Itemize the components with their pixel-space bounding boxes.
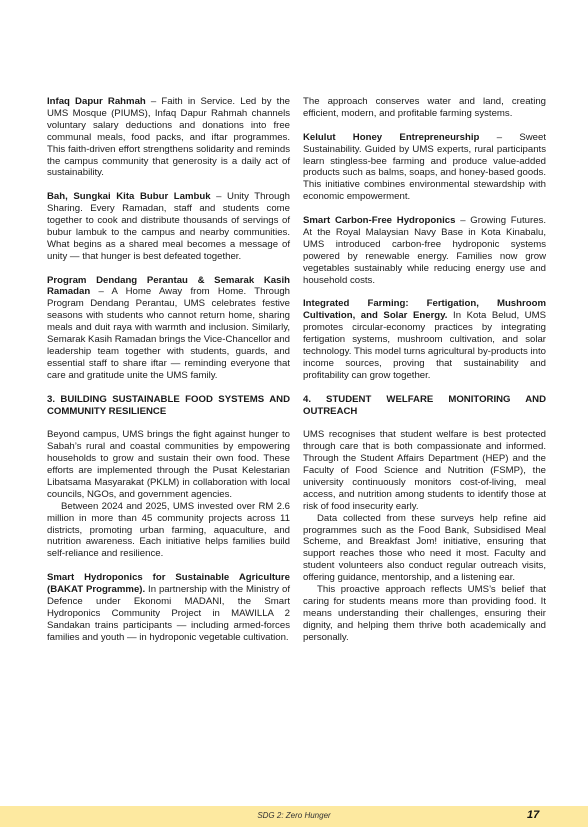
bakat-paragraph: Smart Hydroponics for Sustainable Agricu…	[47, 572, 290, 643]
section-4-paragraph-3: This proactive approach reflects UMS’s b…	[303, 584, 546, 644]
infaq-title: Infaq Dapur Rahmah	[47, 96, 146, 107]
approach-paragraph: The approach conserves water and land, c…	[303, 96, 546, 120]
footer-title: SDG 2: Zero Hunger	[0, 811, 588, 820]
infaq-dapur-rahmah-paragraph: Infaq Dapur Rahmah – Faith in Service. L…	[47, 96, 290, 179]
bubur-title: Bah, Sungkai Kita Bubur Lambuk	[47, 191, 211, 202]
section-3-paragraph-2: Between 2024 and 2025, UMS invested over…	[47, 501, 290, 561]
section-4-paragraph-1: UMS recognises that student welfare is b…	[303, 429, 546, 512]
dendang-perantau-paragraph: Program Dendang Perantau & Semarak Kasih…	[47, 275, 290, 382]
kelulut-title: Kelulut Honey Entrepreneurship	[303, 132, 479, 143]
right-column: The approach conserves water and land, c…	[303, 96, 546, 644]
bubur-lambuk-paragraph: Bah, Sungkai Kita Bubur Lambuk – Unity T…	[47, 191, 290, 262]
footer-band: SDG 2: Zero Hunger 17	[0, 806, 588, 827]
section-4-heading: 4. STUDENT WELFARE MONITORING AND OUTREA…	[303, 394, 546, 418]
carbon-free-paragraph: Smart Carbon-Free Hydroponics – Growing …	[303, 215, 546, 286]
section-3-heading: 3. BUILDING SUSTAINABLE FOOD SYSTEMS AND…	[47, 394, 290, 418]
section-3-paragraph-1: Beyond campus, UMS brings the fight agai…	[47, 429, 290, 500]
section-4-paragraph-2: Data collected from these surveys help r…	[303, 513, 546, 584]
page-number: 17	[527, 809, 539, 821]
left-column: Infaq Dapur Rahmah – Faith in Service. L…	[47, 96, 290, 656]
integrated-farming-paragraph: Integrated Farming: Fertigation, Mushroo…	[303, 298, 546, 381]
carbon-free-title: Smart Carbon-Free Hydroponics	[303, 215, 455, 226]
kelulut-paragraph: Kelulut Honey Entrepreneurship – Sweet S…	[303, 132, 546, 203]
